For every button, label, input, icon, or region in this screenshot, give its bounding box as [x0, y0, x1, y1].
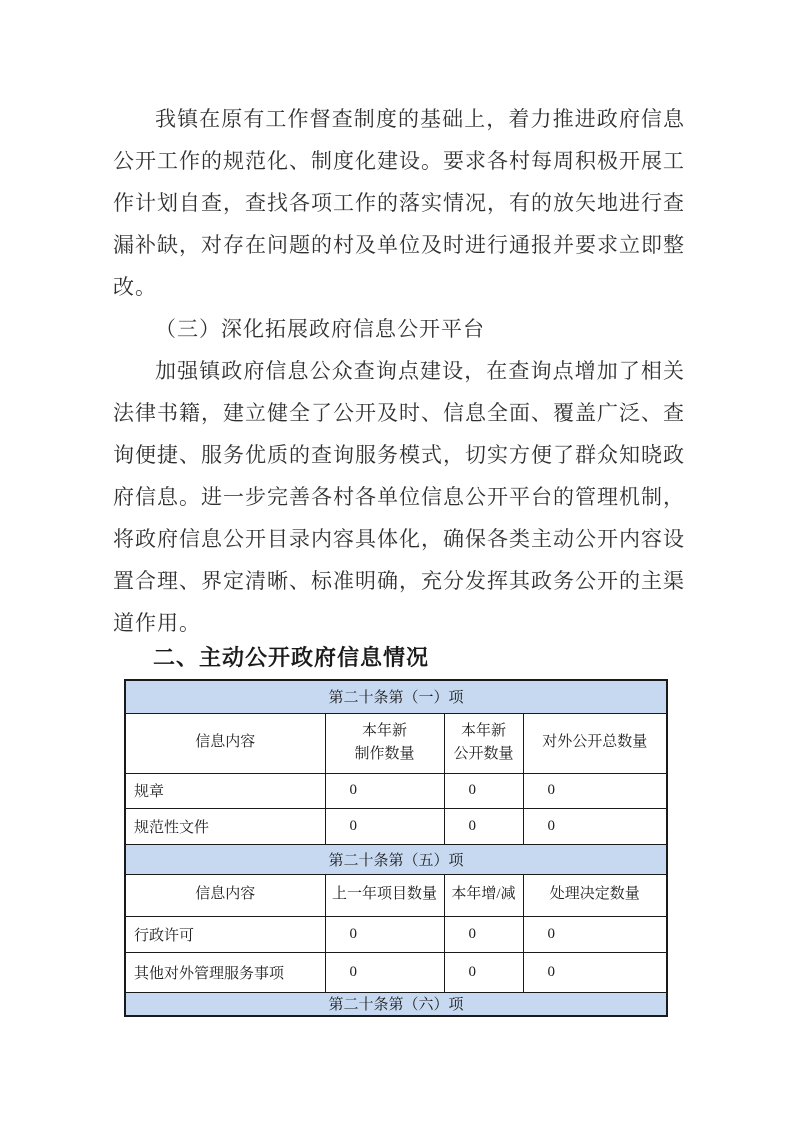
header-cell-new-created: 本年新 制作数量	[325, 713, 444, 773]
section-heading-active-disclosure: 二、主动公开政府信息情况	[113, 644, 685, 672]
table-row-other-services: 其他对外管理服务事项 0 0 0	[125, 952, 667, 992]
header-line: 信息内容	[195, 886, 255, 902]
header-line: 公开数量	[453, 746, 513, 762]
paragraph-disclosure-platform: 加强镇政府信息公众查询点建设，在查询点增加了相关法律书籍，建立健全了公开及时、信…	[113, 350, 685, 644]
header-cell-decision-count: 处理决定数量	[523, 874, 667, 916]
header-line: 制作数量	[354, 746, 414, 762]
row-label: 规章	[125, 773, 325, 808]
table-section-band: 第二十条第（五）项	[125, 844, 667, 874]
table-header-row: 信息内容 本年新 制作数量 本年新 公开数量 对外公开总数量	[125, 713, 667, 773]
row-label: 其他对外管理服务事项	[125, 952, 325, 992]
header-line: 信息内容	[195, 734, 255, 750]
value-cell: 0	[325, 916, 444, 952]
table-header-row: 信息内容 上一年项目数量 本年增/减 处理决定数量	[125, 874, 667, 916]
subsection-heading-three: （三）深化拓展政府信息公开平台	[113, 308, 685, 350]
value-cell: 0	[523, 773, 667, 808]
header-line: 对外公开总数量	[542, 734, 647, 750]
value-cell: 0	[325, 808, 444, 844]
table-row-administrative-licensing: 行政许可 0 0 0	[125, 916, 667, 952]
value-cell: 0	[444, 916, 523, 952]
value-cell: 0	[325, 773, 444, 808]
paragraph-work-supervision: 我镇在原有工作督查制度的基础上，着力推进政府信息公开工作的规范化、制度化建设。要…	[113, 98, 685, 308]
header-cell-info-content: 信息内容	[125, 874, 325, 916]
header-cell-year-change: 本年增/减	[444, 874, 523, 916]
header-cell-new-disclosed: 本年新 公开数量	[444, 713, 523, 773]
table-section-band: 第二十条第（一）项	[125, 680, 667, 713]
value-cell: 0	[444, 808, 523, 844]
info-disclosure-table: 第二十条第（一）项 信息内容 本年新 制作数量 本年新 公开数量	[124, 679, 668, 1017]
row-label: 规范性文件	[125, 808, 325, 844]
value-cell: 0	[325, 952, 444, 992]
header-line: 上一年项目数量	[332, 886, 437, 902]
value-cell: 0	[523, 808, 667, 844]
header-line: 本年新	[461, 723, 506, 739]
header-line: 处理决定数量	[550, 886, 640, 902]
value-cell: 0	[444, 952, 523, 992]
header-line: 本年新	[362, 723, 407, 739]
document-content: 我镇在原有工作督查制度的基础上，着力推进政府信息公开工作的规范化、制度化建设。要…	[113, 98, 685, 1017]
value-cell: 0	[523, 952, 667, 992]
header-cell-total-disclosed: 对外公开总数量	[523, 713, 667, 773]
header-cell-last-year-count: 上一年项目数量	[325, 874, 444, 916]
section-band-title: 第二十条第（六）项	[125, 992, 667, 1016]
row-label: 行政许可	[125, 916, 325, 952]
value-cell: 0	[523, 916, 667, 952]
table-row-normative-documents: 规范性文件 0 0 0	[125, 808, 667, 844]
document-page: 我镇在原有工作督查制度的基础上，着力推进政府信息公开工作的规范化、制度化建设。要…	[0, 0, 793, 1122]
table-section-band: 第二十条第（六）项	[125, 992, 667, 1016]
section-band-title: 第二十条第（一）项	[125, 680, 667, 713]
header-line: 本年增/减	[451, 886, 515, 902]
table-row-regulations: 规章 0 0 0	[125, 773, 667, 808]
value-cell: 0	[444, 773, 523, 808]
header-cell-info-content: 信息内容	[125, 713, 325, 773]
section-band-title: 第二十条第（五）项	[125, 844, 667, 874]
